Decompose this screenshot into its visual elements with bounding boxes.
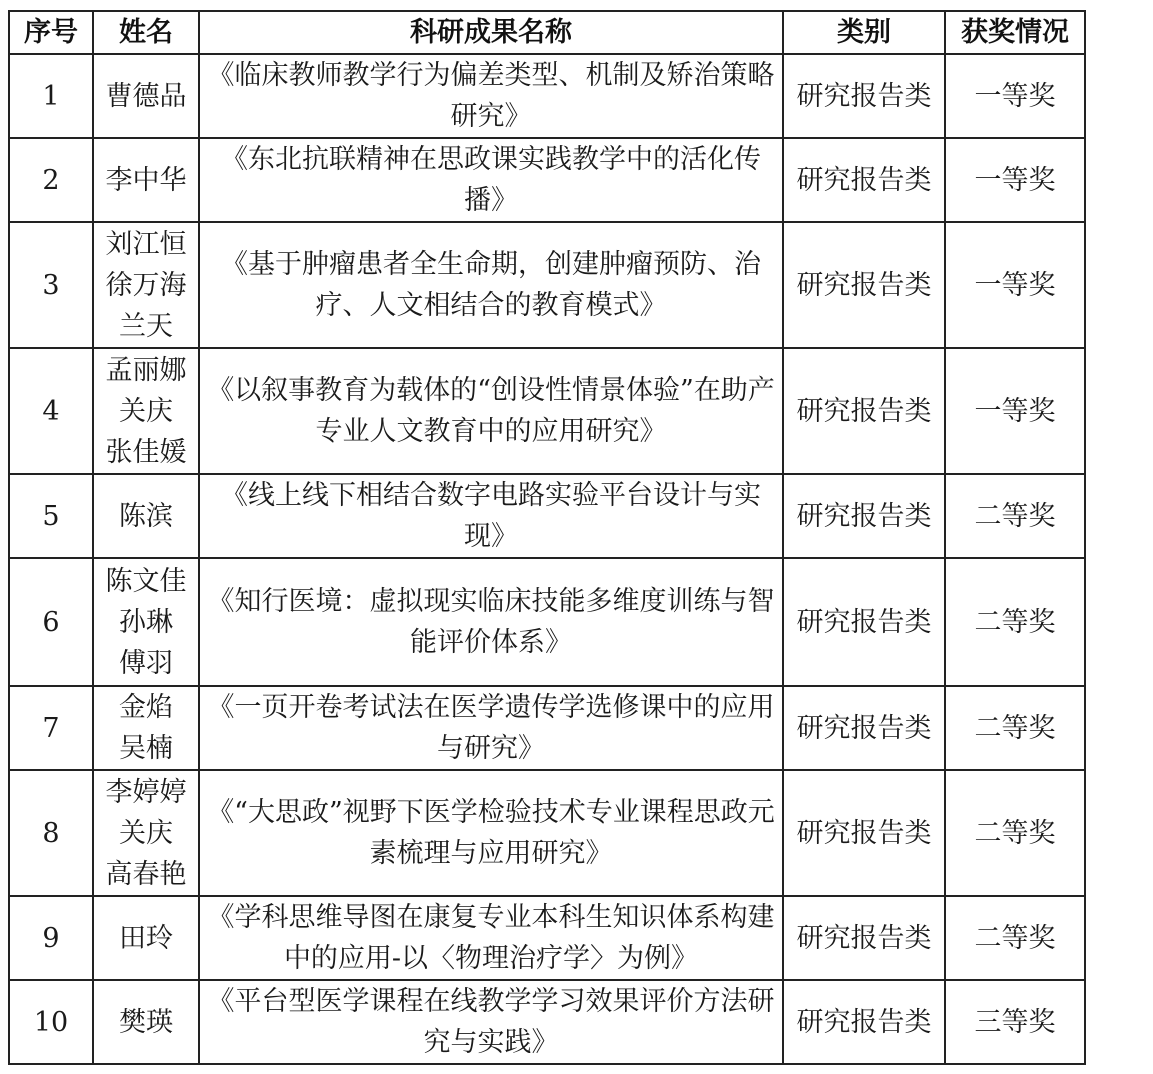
row-category: 研究报告类	[783, 474, 945, 558]
row-title: 《以叙事教育为载体的“创设性情景体验”在助产专业人文教育中的应用研究》	[199, 348, 783, 474]
table-row: 5陈滨《线上线下相结合数字电路实验平台设计与实现》研究报告类二等奖	[9, 474, 1085, 558]
table-row: 8李婷婷关庆高春艳《“大思政”视野下医学检验技术专业课程思政元素梳理与应用研究》…	[9, 770, 1085, 896]
person-name: 兰天	[100, 306, 192, 347]
table-row: 7金焰吴楠《一页开卷考试法在医学遗传学选修课中的应用与研究》研究报告类二等奖	[9, 686, 1085, 770]
header-index: 序号	[9, 11, 93, 54]
row-names: 李婷婷关庆高春艳	[93, 770, 199, 896]
table-row: 10樊瑛《平台型医学课程在线教学学习效果评价方法研究与实践》研究报告类三等奖	[9, 980, 1085, 1064]
person-name: 田玲	[100, 918, 192, 959]
table-row: 3刘江恒徐万海兰天《基于肿瘤患者全生命期，创建肿瘤预防、治疗、人文相结合的教育模…	[9, 222, 1085, 348]
table-row: 1曹德品《临床教师教学行为偏差类型、机制及矫治策略研究》研究报告类一等奖	[9, 54, 1085, 138]
person-name: 关庆	[100, 391, 192, 432]
row-title: 《“大思政”视野下医学检验技术专业课程思政元素梳理与应用研究》	[199, 770, 783, 896]
person-name: 傅羽	[100, 643, 192, 684]
person-name: 陈滨	[100, 496, 192, 537]
row-title: 《一页开卷考试法在医学遗传学选修课中的应用与研究》	[199, 686, 783, 770]
row-category: 研究报告类	[783, 980, 945, 1064]
awards-table: 序号 姓名 科研成果名称 类别 获奖情况 1曹德品《临床教师教学行为偏差类型、机…	[8, 10, 1086, 1065]
row-title: 《平台型医学课程在线教学学习效果评价方法研究与实践》	[199, 980, 783, 1064]
row-index: 5	[9, 474, 93, 558]
row-award: 一等奖	[945, 222, 1085, 348]
row-names: 孟丽娜关庆张佳媛	[93, 348, 199, 474]
row-category: 研究报告类	[783, 686, 945, 770]
row-names: 曹德品	[93, 54, 199, 138]
row-index: 4	[9, 348, 93, 474]
person-name: 李中华	[100, 160, 192, 201]
person-name: 关庆	[100, 813, 192, 854]
row-award: 三等奖	[945, 980, 1085, 1064]
person-name: 孟丽娜	[100, 350, 192, 391]
table-row: 2李中华《东北抗联精神在思政课实践教学中的活化传播》研究报告类一等奖	[9, 138, 1085, 222]
row-category: 研究报告类	[783, 348, 945, 474]
person-name: 徐万海	[100, 265, 192, 306]
row-award: 一等奖	[945, 348, 1085, 474]
row-index: 6	[9, 558, 93, 686]
row-award: 一等奖	[945, 138, 1085, 222]
person-name: 陈文佳	[100, 561, 192, 602]
row-title: 《东北抗联精神在思政课实践教学中的活化传播》	[199, 138, 783, 222]
row-title: 《学科思维导图在康复专业本科生知识体系构建中的应用-以〈物理治疗学〉为例》	[199, 896, 783, 980]
row-title: 《线上线下相结合数字电路实验平台设计与实现》	[199, 474, 783, 558]
header-name: 姓名	[93, 11, 199, 54]
table-body: 1曹德品《临床教师教学行为偏差类型、机制及矫治策略研究》研究报告类一等奖2李中华…	[9, 54, 1085, 1064]
person-name: 张佳媛	[100, 432, 192, 473]
row-index: 1	[9, 54, 93, 138]
person-name: 曹德品	[100, 76, 192, 117]
row-title: 《知行医境：虚拟现实临床技能多维度训练与智能评价体系》	[199, 558, 783, 686]
row-category: 研究报告类	[783, 770, 945, 896]
table-row: 9田玲《学科思维导图在康复专业本科生知识体系构建中的应用-以〈物理治疗学〉为例》…	[9, 896, 1085, 980]
person-name: 李婷婷	[100, 772, 192, 813]
row-award: 二等奖	[945, 896, 1085, 980]
table-row: 4孟丽娜关庆张佳媛《以叙事教育为载体的“创设性情景体验”在助产专业人文教育中的应…	[9, 348, 1085, 474]
header-title: 科研成果名称	[199, 11, 783, 54]
row-award: 二等奖	[945, 686, 1085, 770]
row-award: 二等奖	[945, 770, 1085, 896]
row-names: 李中华	[93, 138, 199, 222]
row-index: 3	[9, 222, 93, 348]
row-names: 樊瑛	[93, 980, 199, 1064]
row-names: 陈滨	[93, 474, 199, 558]
row-index: 8	[9, 770, 93, 896]
row-category: 研究报告类	[783, 222, 945, 348]
row-index: 10	[9, 980, 93, 1064]
row-category: 研究报告类	[783, 896, 945, 980]
row-title: 《临床教师教学行为偏差类型、机制及矫治策略研究》	[199, 54, 783, 138]
row-index: 2	[9, 138, 93, 222]
person-name: 金焰	[100, 687, 192, 728]
row-names: 刘江恒徐万海兰天	[93, 222, 199, 348]
header-category: 类别	[783, 11, 945, 54]
row-category: 研究报告类	[783, 54, 945, 138]
person-name: 刘江恒	[100, 224, 192, 265]
table-row: 6陈文佳孙琳傅羽《知行医境：虚拟现实临床技能多维度训练与智能评价体系》研究报告类…	[9, 558, 1085, 686]
row-names: 金焰吴楠	[93, 686, 199, 770]
header-row: 序号 姓名 科研成果名称 类别 获奖情况	[9, 11, 1085, 54]
person-name: 樊瑛	[100, 1002, 192, 1043]
row-award: 二等奖	[945, 474, 1085, 558]
row-category: 研究报告类	[783, 138, 945, 222]
row-category: 研究报告类	[783, 558, 945, 686]
person-name: 孙琳	[100, 602, 192, 643]
person-name: 高春艳	[100, 854, 192, 895]
row-award: 一等奖	[945, 54, 1085, 138]
row-names: 田玲	[93, 896, 199, 980]
row-index: 9	[9, 896, 93, 980]
row-award: 二等奖	[945, 558, 1085, 686]
person-name: 吴楠	[100, 728, 192, 769]
row-title: 《基于肿瘤患者全生命期，创建肿瘤预防、治疗、人文相结合的教育模式》	[199, 222, 783, 348]
header-award: 获奖情况	[945, 11, 1085, 54]
row-index: 7	[9, 686, 93, 770]
row-names: 陈文佳孙琳傅羽	[93, 558, 199, 686]
